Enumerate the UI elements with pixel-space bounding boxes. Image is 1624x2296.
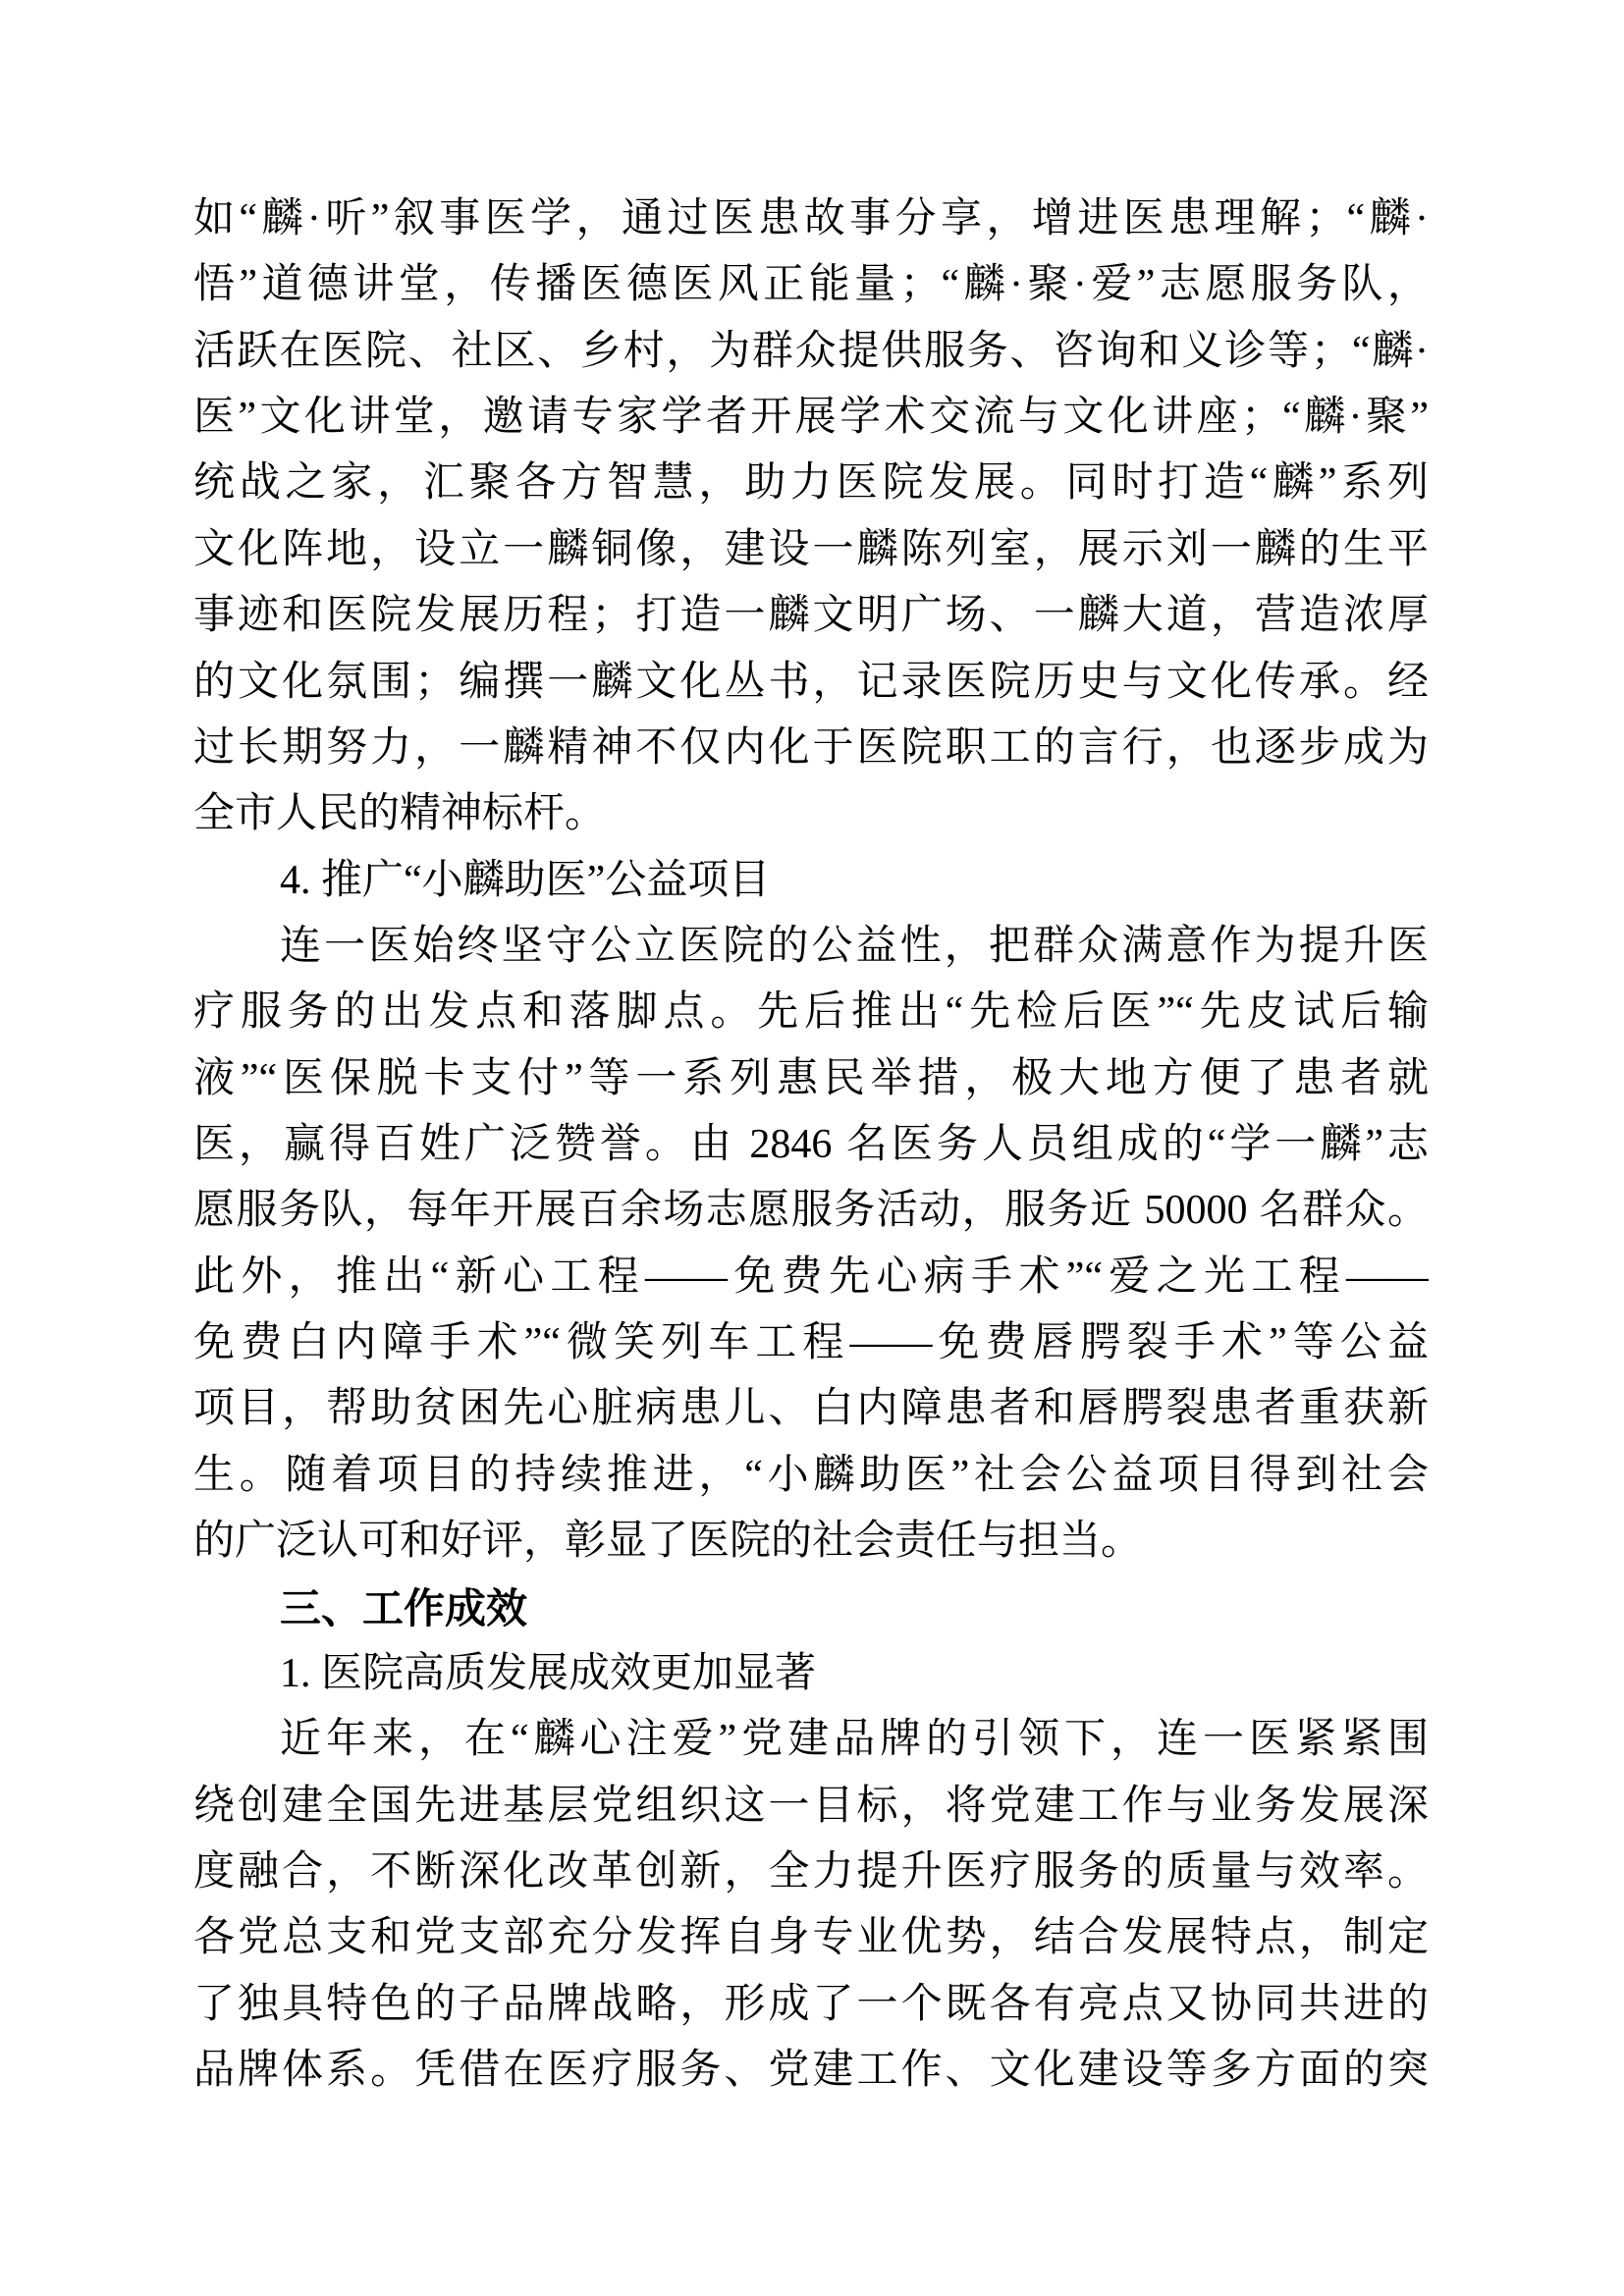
body-text-line: 悟”道德讲堂，传播医德医风正能量；“麟·聚·爱”志愿服务队， — [193, 252, 1429, 318]
body-text-line: 连一医始终坚守公立医院的公益性，把群众满意作为提升医 — [193, 914, 1429, 980]
body-text-line: 统战之家，汇聚各方智慧，助力医院发展。同时打造“麟”系列 — [193, 451, 1429, 516]
body-text-line: 生。随着项目的持续推进，“小麟助医”社会公益项目得到社会 — [193, 1443, 1429, 1509]
body-text-line: 全市人民的精神标杆。 — [193, 781, 1429, 847]
body-text-line: 文化阵地，设立一麟铜像，建设一麟陈列室，展示刘一麟的生平 — [193, 517, 1429, 583]
document-page: 如“麟·听”叙事医学，通过医患故事分享，增进医患理解；“麟·悟”道德讲堂，传播医… — [0, 0, 1624, 2296]
body-text-line: 度融合，不断深化改革创新，全力提升医疗服务的质量与效率。 — [193, 1840, 1429, 1905]
body-text-line: 品牌体系。凭借在医疗服务、党建工作、文化建设等多方面的突 — [193, 2038, 1429, 2104]
body-text-line: 活跃在医院、社区、乡村，为群众提供服务、咨询和义诊等；“麟· — [193, 319, 1429, 385]
body-text-line: 液”“医保脱卡支付”等一系列惠民举措，极大地方便了患者就 — [193, 1046, 1429, 1112]
sub-heading: 4. 推广“小麟助医”公益项目 — [193, 848, 1429, 914]
text-column: 如“麟·听”叙事医学，通过医患故事分享，增进医患理解；“麟·悟”道德讲堂，传播医… — [193, 187, 1429, 2104]
body-text-line: 的广泛认可和好评，彰显了医院的社会责任与担当。 — [193, 1509, 1429, 1575]
body-text-line: 各党总支和党支部充分发挥自身专业优势，结合发展特点，制定 — [193, 1905, 1429, 1971]
body-text-line: 近年来，在“麟心注爱”党建品牌的引领下，连一医紧紧围 — [193, 1707, 1429, 1773]
body-text-line: 医”文化讲堂，邀请专家学者开展学术交流与文化讲座；“麟·聚” — [193, 385, 1429, 451]
body-text-line: 的文化氛围；编撰一麟文化丛书，记录医院历史与文化传承。经 — [193, 650, 1429, 716]
body-text-line: 绕创建全国先进基层党组织这一目标，将党建工作与业务发展深 — [193, 1774, 1429, 1840]
body-text-line: 疗服务的出发点和落脚点。先后推出“先检后医”“先皮试后输 — [193, 980, 1429, 1045]
body-text-line: 项目，帮助贫困先心脏病患儿、白内障患者和唇腭裂患者重获新 — [193, 1376, 1429, 1442]
body-text-line: 事迹和医院发展历程；打造一麟文明广场、一麟大道，营造浓厚 — [193, 583, 1429, 649]
body-text-line: 医，赢得百姓广泛赞誉。由 2846 名医务人员组成的“学一麟”志 — [193, 1112, 1429, 1178]
section-heading: 三、工作成效 — [193, 1575, 1429, 1641]
body-text-line: 了独具特色的子品牌战略，形成了一个既各有亮点又协同共进的 — [193, 1972, 1429, 2038]
body-text-line: 愿服务队，每年开展百余场志愿服务活动，服务近 50000 名群众。 — [193, 1178, 1429, 1244]
sub-heading: 1. 医院高质发展成效更加显著 — [193, 1641, 1429, 1707]
body-text-line: 此外，推出“新心工程——免费先心病手术”“爱之光工程—— — [193, 1245, 1429, 1310]
body-text-line: 如“麟·听”叙事医学，通过医患故事分享，增进医患理解；“麟· — [193, 187, 1429, 252]
body-text-line: 免费白内障手术”“微笑列车工程——免费唇腭裂手术”等公益 — [193, 1310, 1429, 1376]
body-text-line: 过长期努力，一麟精神不仅内化于医院职工的言行，也逐步成为 — [193, 716, 1429, 781]
